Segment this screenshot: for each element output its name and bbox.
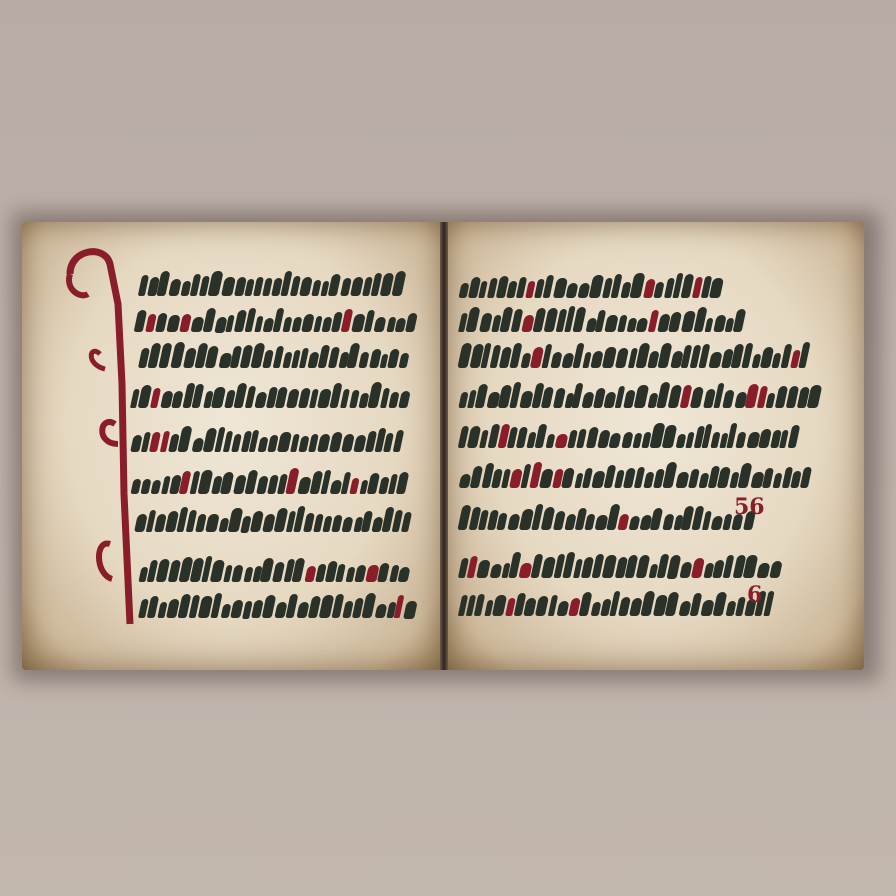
book-gutter — [440, 222, 448, 670]
script-line — [140, 592, 436, 618]
script-line — [140, 342, 436, 368]
script-line — [140, 270, 436, 296]
script-line — [460, 342, 840, 368]
red-flourished-initial-icon — [60, 244, 140, 628]
script-line — [460, 462, 838, 488]
script-line — [460, 504, 770, 530]
script-line — [136, 306, 436, 332]
script-line — [460, 552, 796, 578]
script-line — [132, 426, 436, 452]
script-line — [460, 422, 840, 448]
script-line — [136, 506, 436, 532]
script-line — [132, 382, 436, 408]
script-line — [132, 468, 436, 494]
script-line — [460, 272, 754, 298]
script-line — [460, 382, 840, 408]
rubric-mark: 6 — [747, 582, 762, 608]
script-line — [460, 590, 796, 616]
rubric-mark: 56 — [734, 494, 765, 520]
script-line — [460, 306, 766, 332]
script-line — [140, 556, 436, 582]
